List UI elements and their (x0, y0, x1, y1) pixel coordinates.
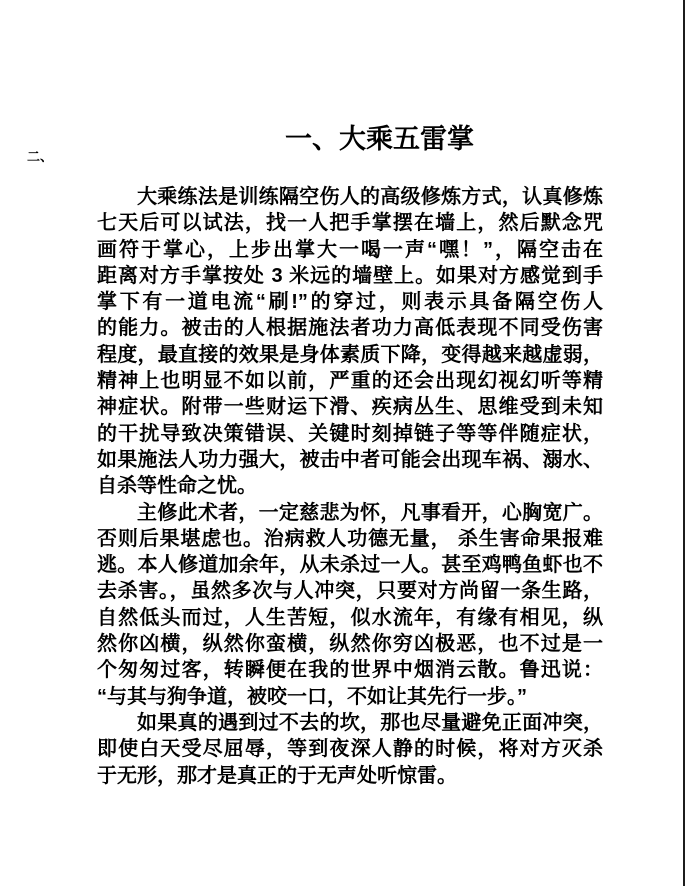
text-line: 掌下有一道电流“刷!”的穿过，则表示具备隔空伤人 (97, 289, 603, 315)
paragraph: 主修此术者，一定慈悲为怀，凡事看开，心胸宽广。否则后果堪虑也。治病救人功德无量，… (97, 500, 603, 710)
text-line: 的干扰导致决策错误、关键时刻掉链子等等伴随症状， (97, 421, 603, 447)
paragraph: 如果真的遇到过不去的坎，那也尽量避免正面冲突，即使白天受尽屈辱，等到夜深人静的时… (97, 710, 603, 789)
text-line: 即使白天受尽屈辱，等到夜深人静的时候，将对方灭杀 (97, 736, 603, 762)
paragraph: 大乘练法是训练隔空伤人的高级修炼方式，认真修炼七天后可以试法，找一人把手掌摆在墙… (97, 184, 603, 500)
text-line: 程度，最直接的效果是身体素质下降，变得越来越虚弱， (97, 342, 603, 368)
page-title: 一、大乘五雷掌 (37, 117, 685, 156)
text-line: 精神上也明显不如以前，严重的还会出现幻视幻听等精 (97, 368, 603, 394)
text-line: 主修此术者，一定慈悲为怀，凡事看开，心胸宽广。 (97, 500, 603, 526)
text-line: “与其与狗争道，被咬一口，不如让其先行一步。” (97, 684, 603, 710)
document-body: 大乘练法是训练隔空伤人的高级修炼方式，认真修炼七天后可以试法，找一人把手掌摆在墙… (97, 184, 603, 789)
text-line: 距离对方手掌按处 3 米远的墙壁上。如果对方感觉到手 (97, 263, 603, 289)
text-line: 大乘练法是训练隔空伤人的高级修炼方式，认真修炼 (97, 184, 603, 210)
text-line: 于无形，那才是真正的于无声处听惊雷。 (97, 763, 603, 789)
text-line: 自杀等性命之忧。 (97, 473, 603, 499)
text-line: 七天后可以试法，找一人把手掌摆在墙上，然后默念咒 (97, 210, 603, 236)
text-line: 否则后果堪虑也。治病救人功德无量， 杀生害命果报难 (97, 526, 603, 552)
document-page: 二、 一、大乘五雷掌 大乘练法是训练隔空伤人的高级修炼方式，认真修炼七天后可以试… (0, 0, 685, 886)
text-line: 逃。本人修道加余年，从未杀过一人。甚至鸡鸭鱼虾也不 (97, 552, 603, 578)
text-line: 如果施法人功力强大，被击中者可能会出现车祸、溺水、 (97, 447, 603, 473)
text-line: 然你凶横，纵然你蛮横，纵然你穷凶极恶，也不过是一 (97, 631, 603, 657)
text-line: 的能力。被击的人根据施法者功力高低表现不同受伤害 (97, 315, 603, 341)
text-line: 自然低头而过，人生苦短，似水流年，有缘有相见，纵 (97, 605, 603, 631)
text-line: 去杀害。，虽然多次与人冲突，只要对方尚留一条生路， (97, 578, 603, 604)
text-line: 如果真的遇到过不去的坎，那也尽量避免正面冲突， (97, 710, 603, 736)
text-line: 画符于掌心，上步出掌大一喝一声“嘿！”，隔空击在 (97, 237, 603, 263)
text-line: 神症状。附带一些财运下滑、疾病丛生、思维受到未知 (97, 394, 603, 420)
text-line: 个匆匆过客，转瞬便在我的世界中烟消云散。鲁迅说： (97, 657, 603, 683)
